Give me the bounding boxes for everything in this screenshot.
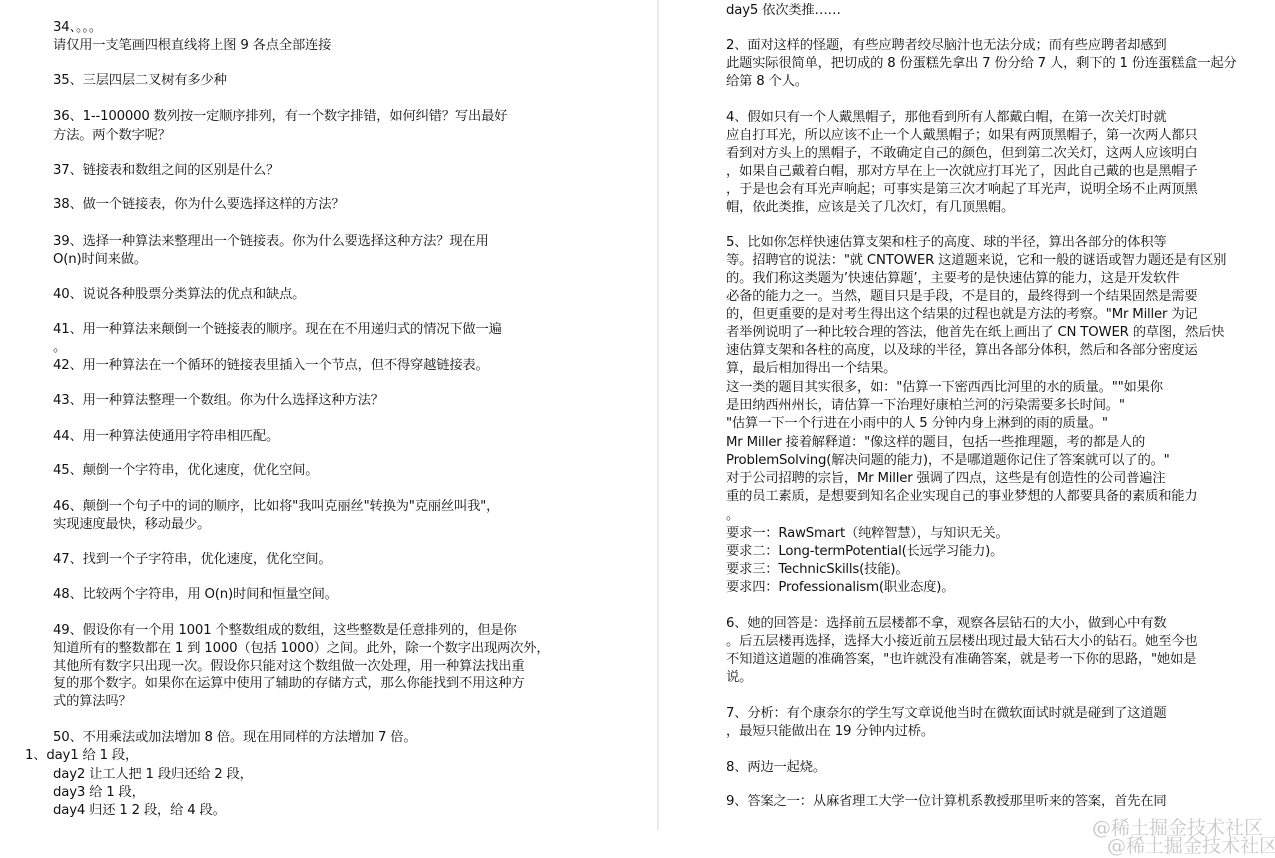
text-line: ，最短只能做出在 19 分钟内过桥。 <box>726 723 934 740</box>
text-line: 46、颠倒一个句子中的词的顺序，比如将"我叫克丽丝"转换为"克丽丝叫我"， <box>53 498 499 515</box>
text-line: 4、假如只有一个人戴黑帽子，那他看到所有人都戴白帽，在第一次关灯时就 <box>726 109 1166 126</box>
text-line: 要求二：Long-termPotential(长远学习能力)。 <box>726 543 1003 560</box>
text-line: 35、三层四层二叉树有多少种 <box>53 72 227 89</box>
text-line: 7、分析：有个康奈尔的学生写文章说他当时在微软面试时就是碰到了这道题 <box>726 705 1166 722</box>
text-line: 复的那个数字。如果你在运算中使用了辅助的存储方式，那么你能找到不用这种方 <box>53 675 525 692</box>
right-page: day5 依次类推……2、面对这样的怪题，有些应聘者绞尽脑汁也无法分成；而有些应… <box>660 0 1275 858</box>
text-line: 不知道这道题的准确答案，"也许就没有准确答案，就是考一下你的思路，"她如是 <box>726 651 1196 668</box>
left-page: 34、。。。请仅用一支笔画四根直线将上图 9 各点全部连接35、三层四层二叉树有… <box>0 0 655 858</box>
text-line: 重的员工素质，是想要到知名企业实现自己的事业梦想的人都要具备的素质和能力 <box>726 488 1198 505</box>
text-line: 47、找到一个子字符串，优化速度，优化空间。 <box>53 551 331 568</box>
text-line: ProblemSolving(解决问题的能力)，不是哪道题你记住了答案就可以了的… <box>726 452 1170 469</box>
text-line: day4 归还 1 2 段，给 4 段。 <box>53 802 226 819</box>
text-line: 36、1--100000 数列按一定顺序排列，有一个数字排错，如何纠错？写出最好 <box>53 108 507 125</box>
text-line: 9、答案之一：从麻省理工大学一位计算机系教授那里听来的答案，首先在同 <box>726 793 1166 810</box>
text-line: 的。我们称这类题为’快速估算题’，主要考的是快速估算的能力，这是开发软件 <box>726 270 1179 287</box>
text-line: 8、两边一起烧。 <box>726 759 826 776</box>
text-line: ，于是也会有耳光声响起；可事实是第三次才响起了耳光声，说明全场不止两顶黑 <box>726 181 1198 198</box>
text-line: 49、假设你有一个用 1001 个整数组成的数组，这些整数是任意排列的，但是你 <box>53 622 517 639</box>
text-line: 。后五层楼再选择，选择大小接近前五层楼出现过最大钻石大小的钻石。她至今也 <box>726 633 1198 650</box>
text-line: "估算一下一个行进在小雨中的人 5 分钟内身上淋到的雨的质量。" <box>726 415 1108 432</box>
text-line: 算，最后相加得出一个结果。 <box>726 360 896 377</box>
text-line: 41、用一种算法来颠倒一个链接表的顺序。现在在不用递归式的情况下做一遍 <box>53 321 502 338</box>
text-line: day3 给 1 段， <box>53 784 145 801</box>
text-line: 42、用一种算法在一个循环的链接表里插入一个节点，但不得穿越链接表。 <box>53 357 489 374</box>
text-line: 方法。两个数字呢？ <box>53 127 171 144</box>
text-line: 45、颠倒一个字符串，优化速度，优化空间。 <box>53 462 318 479</box>
text-line: 50、不用乘法或加法增加 8 倍。现在用同样的方法增加 7 倍。 <box>53 729 416 746</box>
text-line: day2 让工人把 1 段归还给 2 段， <box>53 766 253 783</box>
text-line: 要求四：Professionalism(职业态度)。 <box>726 579 954 596</box>
text-line: 此题实际很简单，把切成的 8 份蛋糕先拿出 7 份分给 7 人，剩下的 1 份连… <box>726 55 1237 72</box>
text-line: 。 <box>53 339 66 356</box>
text-line: 请仅用一支笔画四根直线将上图 9 各点全部连接 <box>53 37 331 54</box>
text-line: 40、说说各种股票分类算法的优点和缺点。 <box>53 286 305 303</box>
text-line: 等。招聘官的说法："就 CNTOWER 这道题来说，它和一般的谜语或智力题还是有… <box>726 252 1226 269</box>
page-divider <box>657 0 659 830</box>
text-line: 式的算法吗？ <box>53 693 132 710</box>
text-line: 必备的能力之一。当然，题目只是手段，不是目的，最终得到一个结果固然是需要 <box>726 288 1198 305</box>
text-line: 的，但更重要的是对考生得出这个结果的过程也就是方法的考察。"Mr Miller … <box>726 306 1198 323</box>
watermark-line-2: @稀土掘金技术社区 <box>1107 831 1275 858</box>
text-line: 看到对方头上的黑帽子，不敢确定自己的颜色，但到第二次关灯，这两人应该明白 <box>726 145 1198 162</box>
text-line: 知道所有的整数都在 1 到 1000（包括 1000）之间。此外，除一个数字出现… <box>53 640 549 657</box>
text-line: 对于公司招聘的宗旨，Mr Miller 强调了四点，这些是有创造性的公司普遍注 <box>726 470 1165 487</box>
text-line: 6、她的回答是：选择前五层楼都不拿，观察各层钻石的大小，做到心中有数 <box>726 615 1166 632</box>
text-line: 。 <box>726 507 739 524</box>
text-line: 实现速度最快，移动最少。 <box>53 516 210 533</box>
text-line: O(n)时间来做。 <box>53 251 147 268</box>
text-line: 44、用一种算法使通用字符串相匹配。 <box>53 428 279 445</box>
text-line: 38、做一个链接表，你为什么要选择这样的方法？ <box>53 196 345 213</box>
text-line: 是田纳西州州长，请估算一下治理好康柏兰河的污染需要多长时间。" <box>726 397 1125 414</box>
text-line: 应自打耳光，所以应该不止一个人戴黑帽子；如果有两顶黑帽子，第一次两人都只 <box>726 127 1198 144</box>
text-line: 要求三：TechnicSkills(技能)。 <box>726 561 908 578</box>
text-line: 37、链接表和数组之间的区别是什么？ <box>53 162 279 179</box>
text-line: 说。 <box>726 669 752 686</box>
text-line: 1、day1 给 1 段， <box>25 747 138 764</box>
text-line: ，如果自己戴着白帽，那对方早在上一次就应打耳光了，因此自己戴的也是黑帽子 <box>726 163 1198 180</box>
text-line: 48、比较两个字符串，用 O(n)时间和恒量空间。 <box>53 586 338 603</box>
text-line: day5 依次类推…… <box>726 2 841 19</box>
text-line: 给第 8 个人。 <box>726 73 808 90</box>
text-line: Mr Miller 接着解释道："像这样的题目，包括一些推理题，考的都是人的 <box>726 434 1145 451</box>
text-line: 39、选择一种算法来整理出一个链接表。你为什么要选择这种方法？现在用 <box>53 233 489 250</box>
text-line: 43、用一种算法整理一个数组。你为什么选择这种方法？ <box>53 392 384 409</box>
text-line: 2、面对这样的怪题，有些应聘者绞尽脑汁也无法分成；而有些应聘者却感到 <box>726 37 1166 54</box>
text-line: 这一类的题目其实很多，如："估算一下密西西比河里的水的质量。""如果你 <box>726 379 1163 396</box>
text-line: 者举例说明了一种比较合理的答法，他首先在纸上画出了 CN TOWER 的草图，然… <box>726 324 1224 341</box>
text-line: 速估算支架和各柱的高度，以及球的半径，算出各部分体积，然后和各部分密度运 <box>726 342 1198 359</box>
text-line: 帽，依此类推，应该是关了几次灯，有几顶黑帽。 <box>726 199 1014 216</box>
text-line: 5、比如你怎样快速估算支架和柱子的高度、球的半径，算出各部分的体积等 <box>726 234 1166 251</box>
text-line: 34、。。。 <box>53 19 102 36</box>
text-line: 其他所有数字只出现一次。假设你只能对这个数组做一次处理，用一种算法找出重 <box>53 658 525 675</box>
text-line: 要求一：RawSmart（纯粹智慧），与知识无关。 <box>726 525 1009 542</box>
